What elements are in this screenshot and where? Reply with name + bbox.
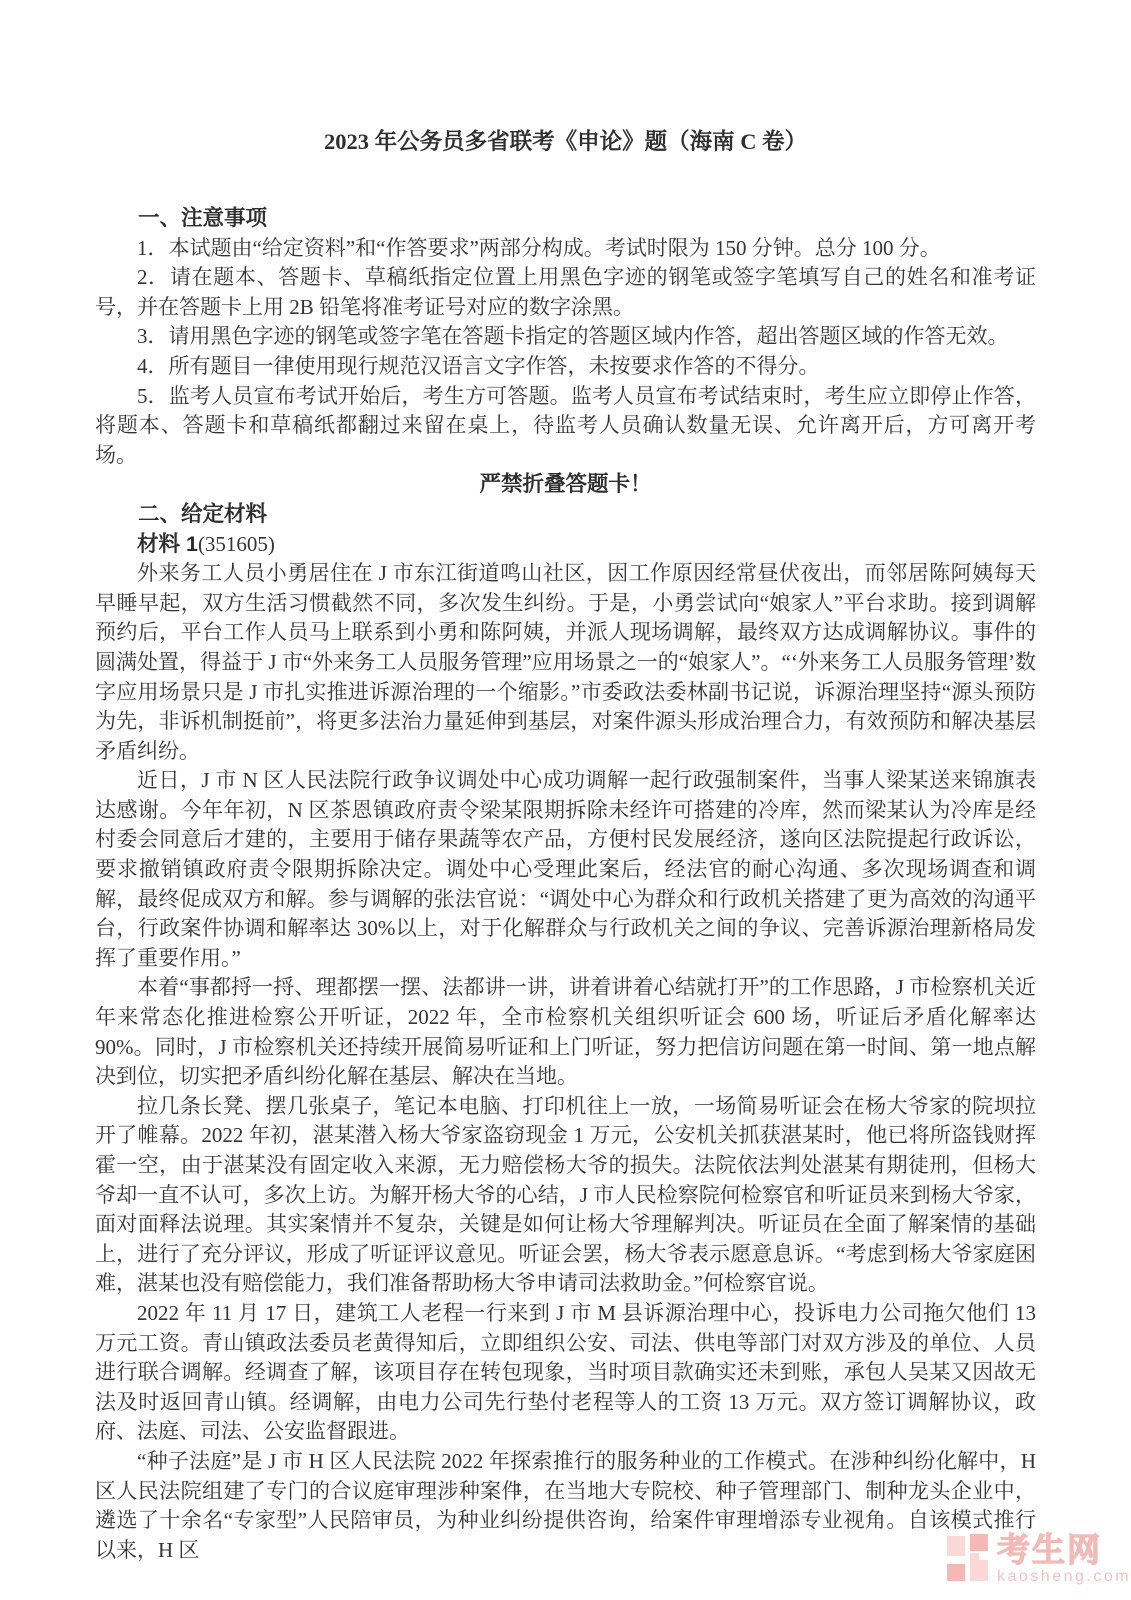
exam-paper-page: 2023 年公务员多省联考《申论》题（海南 C 卷） 一、注意事项 1．本试题由… [0, 0, 1131, 1600]
notice-item-3: 3．请用黑色字迹的钢笔或签字笔在答题卡指定的答题区域内作答，超出答题区域的作答无… [95, 322, 1036, 352]
page-content: 2023 年公务员多省联考《申论》题（海南 C 卷） 一、注意事项 1．本试题由… [95, 126, 1036, 1565]
material-paragraph-6: “种子法庭”是 J 市 H 区人民法院 2022 年探索推行的服务种业的工作模式… [95, 1447, 1036, 1565]
notice-item-4: 4．所有题目一律使用现行规范汉语言文字作答，未按要求作答的不得分。 [95, 352, 1036, 382]
warning-line: 严禁折叠答题卡！ [95, 470, 1036, 500]
logo-block [947, 1564, 965, 1581]
watermark-brand: 考生网 [997, 1533, 1131, 1566]
material-paragraph-3: 本着“事都捋一捋、理都摆一摆、法都讲一讲，讲着讲着心结就打开”的工作思路，J 市… [95, 973, 1036, 1091]
notice-item-1: 1．本试题由“给定资料”和“作答要求”两部分构成。考试时限为 150 分钟。总分… [95, 234, 1036, 264]
logo-block [947, 1536, 965, 1556]
page-title: 2023 年公务员多省联考《申论》题（海南 C 卷） [95, 126, 1036, 158]
kaosheng-logo-icon [947, 1533, 989, 1583]
section-heading-notice: 一、注意事项 [95, 204, 1036, 234]
material-label: 材料 1 [137, 532, 198, 556]
material-paragraph-1: 外来务工人员小勇居住在 J 市东江街道鸣山社区，因工作原因经常昼伏夜出，而邻居陈… [95, 559, 1036, 766]
section-heading-materials: 二、给定材料 [95, 500, 1036, 530]
material-1-title: 材料 1(351605) [95, 530, 1036, 560]
material-paragraph-4: 拉几条长凳、摆几张桌子，笔记本电脑、打印机往上一放，一场简易听证会在杨大爷家的院… [95, 1092, 1036, 1299]
material-paragraph-5: 2022 年 11 月 17 日，建筑工人老程一行来到 J 市 M 县诉源治理中… [95, 1299, 1036, 1447]
watermark-text: 考生网 kaosheng.com [997, 1533, 1131, 1586]
page-number: 1 [0, 1478, 1036, 1500]
kaosheng-watermark: 考生网 kaosheng.com [947, 1533, 1131, 1586]
notice-item-5: 5．监考人员宣布考试开始后，考生方可答题。监考人员宣布考试结束时，考生应立即停止… [95, 382, 1036, 471]
notice-item-2: 2．请在题本、答题卡、草稿纸指定位置上用黑色字迹的钢笔或签字笔填写自己的姓名和准… [95, 263, 1036, 322]
material-paragraph-2: 近日，J 市 N 区人民法院行政争议调处中心成功调解一起行政强制案件，当事人梁某… [95, 766, 1036, 973]
logo-block [970, 1560, 988, 1581]
material-code: (351605) [198, 532, 275, 556]
watermark-domain: kaosheng.com [997, 1568, 1131, 1586]
logo-block [970, 1534, 988, 1551]
